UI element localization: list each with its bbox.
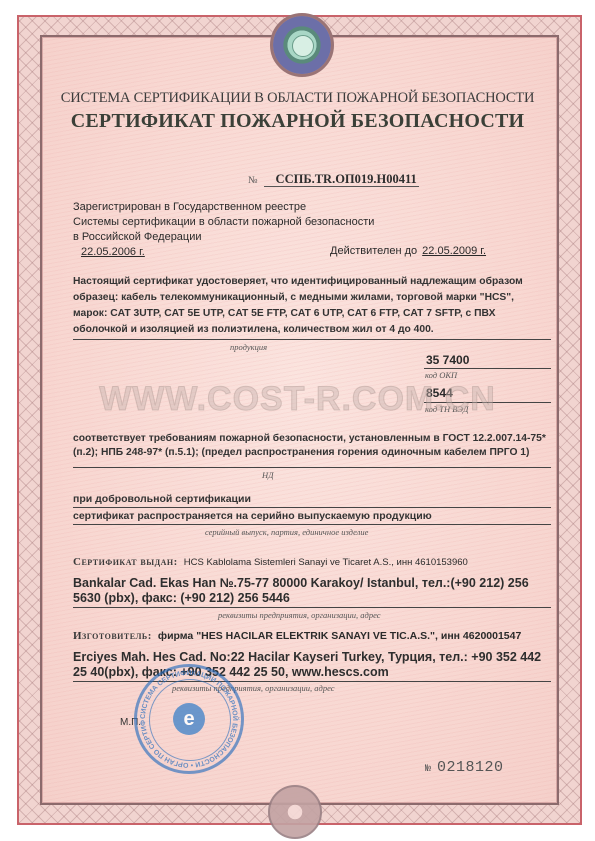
okp-rule <box>424 368 551 369</box>
registration-line-1: Зарегистрирован в Государственном реестр… <box>73 200 374 215</box>
certificate-coverage: сертификат распространяется на серийно в… <box>73 510 432 522</box>
conformity-text: соответствует требованиям пожарной безоп… <box>73 432 548 460</box>
registration-date: 22.05.2006 г. <box>81 245 145 260</box>
issued-to-caption: реквизиты предприятия, организации, адре… <box>218 610 381 620</box>
product-caption: продукция <box>230 342 267 352</box>
stamp-logo: е <box>173 703 205 735</box>
manufacturer: Изготовитель:фирма "HES HACILAR ELEKTRIK… <box>73 630 521 642</box>
okp-caption: код ОКП <box>425 370 457 380</box>
certificate-number-value: ССПБ.TR.ОП019.Н00411 <box>264 172 419 187</box>
watermark: WWW.COST-R.COM.CN <box>0 380 595 419</box>
hologram-emblem-icon <box>270 13 334 77</box>
serial-number-value: 0218120 <box>437 759 504 776</box>
issued-to-address: Bankalar Cad. Ekas Han №.75-77 80000 Kar… <box>73 576 543 606</box>
coverage-rule <box>73 524 551 525</box>
registration-line-3: в Российской Федерации <box>73 230 374 245</box>
certificate-number: №ССПБ.TR.ОП019.Н00411 <box>248 172 419 187</box>
product-rule <box>73 339 551 340</box>
valid-until-date: 22.05.2009 г. <box>422 245 486 257</box>
conformity-rule <box>73 467 551 468</box>
certification-system-name: СИСТЕМА СЕРТИФИКАЦИИ В ОБЛАСТИ ПОЖАРНОЙ … <box>0 90 595 107</box>
manufacturer-name: фирма "HES HACILAR ELEKTRIK SANAYI VE TI… <box>158 630 521 642</box>
blank-serial-number: №0218120 <box>425 758 504 776</box>
coverage-caption: серийный выпуск, партия, единичное издел… <box>205 527 368 537</box>
certification-stamp-icon: СИСТЕМА СЕРТИФИКАЦИИ ПОЖАРНОЙ БЕЗОПАСНОС… <box>134 664 244 774</box>
issued-to-label: Сертификат выдан: <box>73 556 178 568</box>
registration-line-2: Системы сертификации в области пожарной … <box>73 215 374 230</box>
certification-type-rule <box>73 507 551 508</box>
issued-to: Сертификат выдан:HCS Kablolama Sistemler… <box>73 556 468 568</box>
number-sign: № <box>248 175 258 186</box>
serial-number-sign: № <box>425 764 431 775</box>
validity: Действителен до 22.05.2009 г. <box>330 245 486 257</box>
product-description: Настоящий сертификат удостоверяет, что и… <box>73 274 548 338</box>
issued-to-rule <box>73 607 551 608</box>
certification-type: при добровольной сертификации <box>73 493 251 505</box>
okp-code: 35 7400 <box>426 353 469 367</box>
issued-to-name: HCS Kablolama Sistemleri Sanayi ve Ticar… <box>184 557 468 568</box>
rosette-emblem-icon <box>268 785 322 839</box>
certificate-title: СЕРТИФИКАТ ПОЖАРНОЙ БЕЗОПАСНОСТИ <box>0 110 595 133</box>
manufacturer-label: Изготовитель: <box>73 630 152 642</box>
conformity-caption: НД <box>262 470 274 480</box>
valid-until-label: Действителен до <box>330 245 417 257</box>
